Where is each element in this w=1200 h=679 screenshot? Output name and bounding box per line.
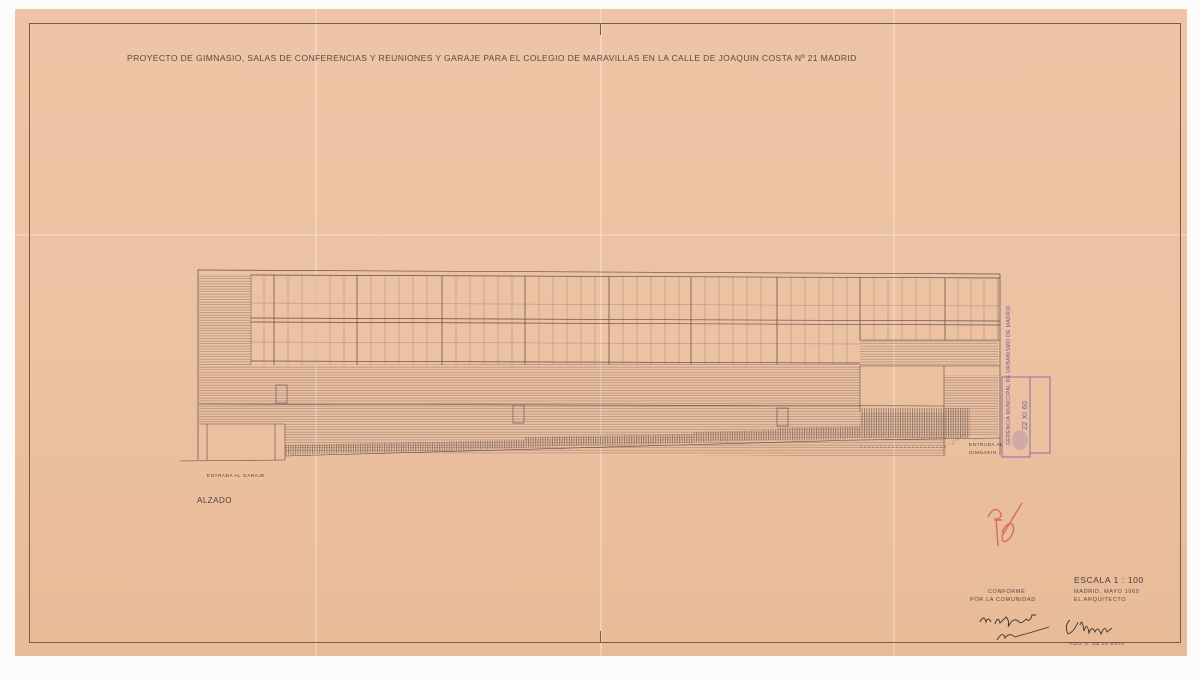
- community-label-2: POR LA COMUNIDAD: [970, 597, 1036, 603]
- stamp-text: GERENCIA MUNICIPAL DE URBANISMO DE MADRI…: [1006, 305, 1012, 445]
- gym-entrance-label-2: GIMNASIO: [969, 450, 997, 455]
- place-date: MADRID, MAYO 1960: [1074, 589, 1139, 595]
- gym-entrance-label-1: ENTRADA AL: [969, 442, 1003, 447]
- scale-label: ESCALA 1 : 100: [1074, 575, 1144, 585]
- architect-name: FDO. A. DE LA SOTA: [1070, 641, 1125, 646]
- elevation-drawing: [0, 0, 1200, 679]
- architect-label: EL ARQUITECTO: [1074, 597, 1126, 603]
- community-label-1: CONFORME: [988, 589, 1025, 595]
- stamp-date: 22 XI 60: [1022, 401, 1029, 430]
- garage-entrance-label: ENTRADA AL GARAJE: [207, 473, 265, 478]
- view-label: ALZADO: [197, 496, 232, 505]
